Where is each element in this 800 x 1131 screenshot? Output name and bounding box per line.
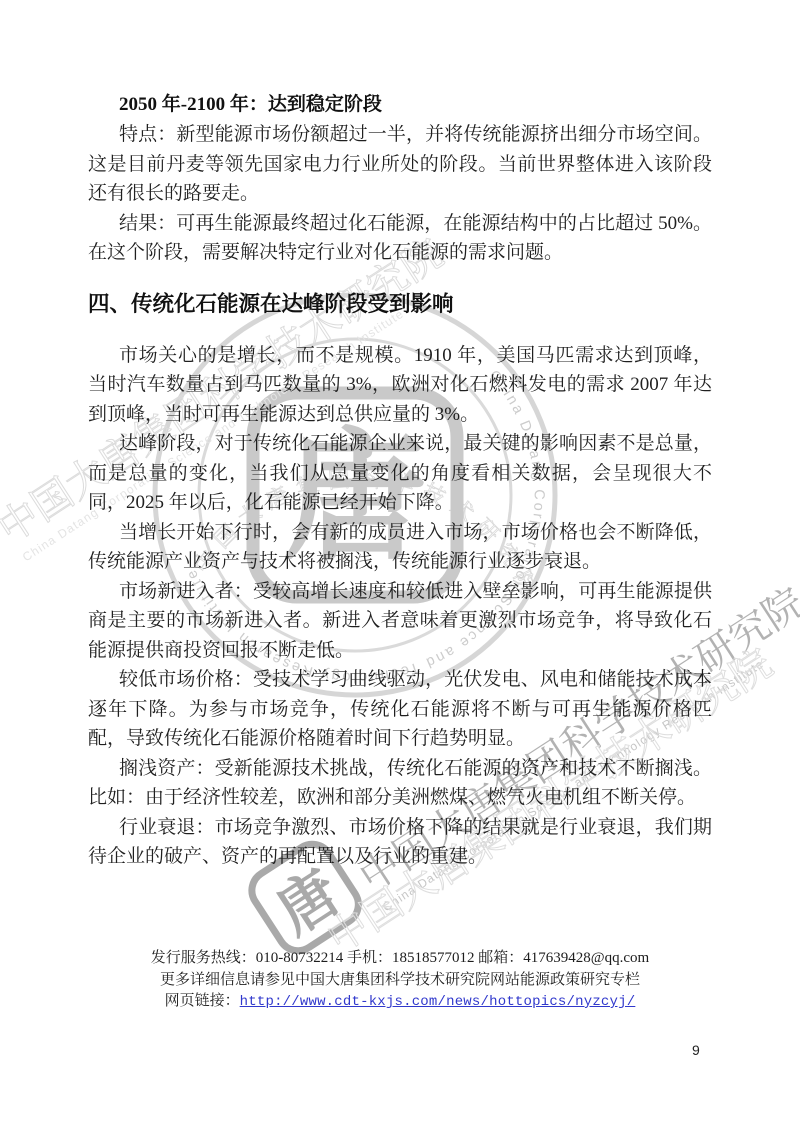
paragraph-industry-decline: 行业衰退：市场竞争激烈、市场价格下降的结果就是行业衰退，我们期待企业的破产、资产… xyxy=(88,813,712,872)
paragraph-lower-prices: 较低市场价格：受技术学习曲线驱动，光伏发电、风电和储能技术成本逐年下降。为参与市… xyxy=(88,665,712,754)
document-body: 2050 年-2100 年：达到稳定阶段 特点：新型能源市场份额超过一半，并将传… xyxy=(88,90,712,872)
footer-link-line: 网页链接：http://www.cdt-kxjs.com/news/hottop… xyxy=(0,991,800,1014)
paragraph-new-entrants: 市场新进入者：受较高增长速度和较低进入壁垒影响，可再生能源提供商是主要的市场新进… xyxy=(88,577,712,666)
footer-contact-line: 发行服务热线：010-80732214 手机：18518577012 邮箱：41… xyxy=(0,948,800,970)
paragraph-downturn: 当增长开始下行时，会有新的成员进入市场，市场价格也会不断降低，传统能源产业资产与… xyxy=(88,518,712,577)
paragraph-result: 结果：可再生能源最终超过化石能源，在能源结构中的占比超过 50%。在这个阶段，需… xyxy=(88,209,712,268)
page-number: 9 xyxy=(692,1042,700,1058)
page-footer: 发行服务热线：010-80732214 手机：18518577012 邮箱：41… xyxy=(0,948,800,1014)
footer-info-line: 更多详细信息请参见中国大唐集团科学技术研究院网站能源政策研究专栏 xyxy=(0,970,800,992)
paragraph-features: 特点：新型能源市场份额超过一半，并将传统能源挤出细分市场空间。这是目前丹麦等领先… xyxy=(88,120,712,209)
paragraph-stranded-assets: 搁浅资产：受新能源技术挑战，传统化石能源的资产和技术不断搁浅。比如：由于经济性较… xyxy=(88,754,712,813)
datang-logo-small-glyph: 唐 xyxy=(265,859,351,947)
footer-link-label: 网页链接： xyxy=(165,993,240,1009)
stage-subheading: 2050 年-2100 年：达到稳定阶段 xyxy=(88,90,712,120)
footer-link[interactable]: http://www.cdt-kxjs.com/news/hottopics/n… xyxy=(240,994,636,1010)
paragraph-market-growth: 市场关心的是增长，而不是规模。1910 年，美国马匹需求达到顶峰，当时汽车数量占… xyxy=(88,341,712,430)
paragraph-peak-stage: 达峰阶段，对于传统化石能源企业来说，最关键的影响因素不是总量，而是总量的变化，当… xyxy=(88,429,712,518)
section-heading: 四、传统化石能源在达峰阶段受到影响 xyxy=(88,289,712,320)
document-page: China Datang Corporation Science and Tec… xyxy=(0,0,800,1131)
